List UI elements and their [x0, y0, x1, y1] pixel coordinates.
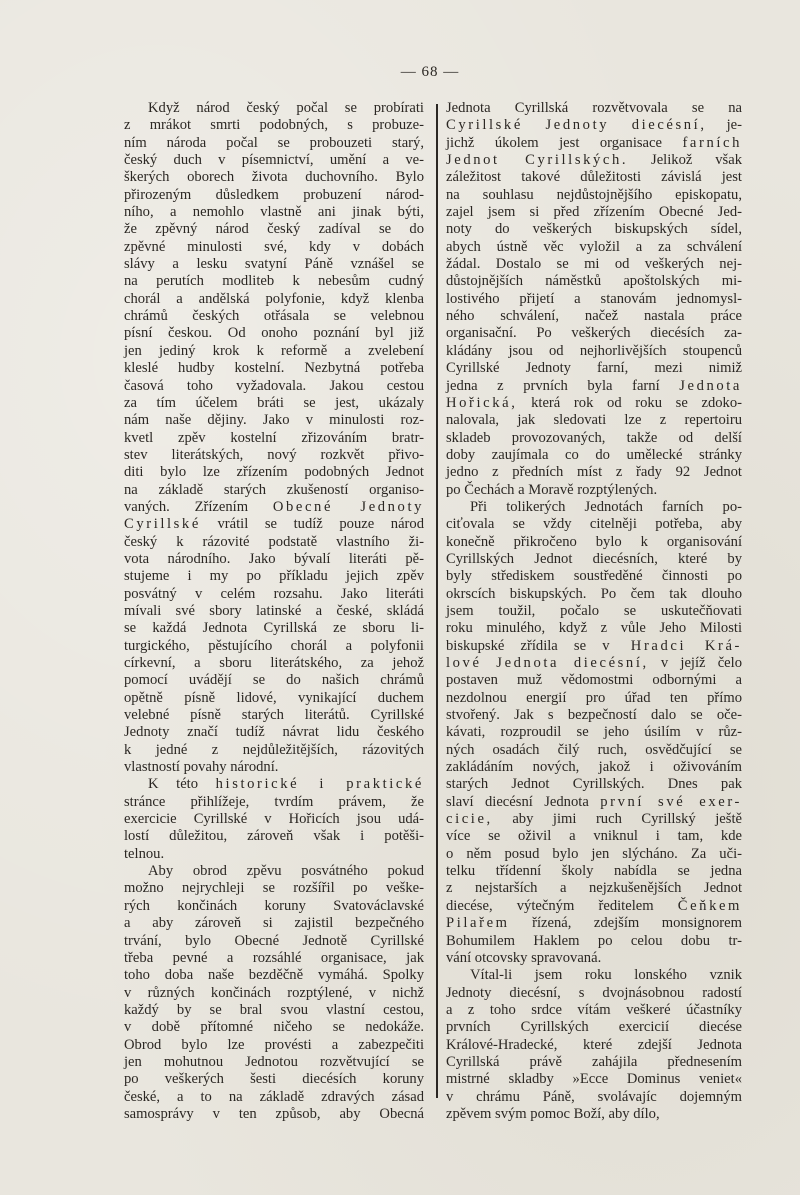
text-line: postaven muž vědomostmi odbornými a	[446, 672, 742, 689]
text-run: vaných. Zřízením	[124, 499, 273, 515]
text-line: Bohumilem Haklem po celou dobu tr-	[446, 933, 742, 950]
text-line: více se oživil a vniknul i tam, kde	[446, 828, 742, 845]
spaced-emphasis: Čeňkem	[678, 898, 742, 914]
text-line: diti bylo lze zřízením podobných Jednot	[124, 464, 424, 481]
text-line: biskupské zřídila se v Hradci Krá-	[446, 638, 742, 655]
text-line: nám naše dějiny. Jako v minulosti roz-	[124, 412, 424, 429]
text-line: zpěvem svým pomoc Boží, aby dílo,	[446, 1106, 742, 1123]
text-run: že zpěvný národ český zadíval se do	[124, 221, 424, 237]
text-line: na souhlasu nejdůstojnějšího episkopatu,	[446, 187, 742, 204]
text-run: aby jimi ruch Cyrillský ještě	[493, 811, 742, 827]
text-run: noty do veškerých biskupských sídel,	[446, 221, 742, 237]
text-run: přirozeným důsledkem probuzení národ-	[124, 187, 424, 203]
text-run: telnou.	[124, 846, 164, 862]
text-run: ního, a nemohlo vlastně ani jinak býti,	[124, 204, 424, 220]
text-run: skladeb provozovaných, takže od delší	[446, 430, 742, 446]
text-line: kvetl zpěv kostelní zřizováním bratr-	[124, 430, 424, 447]
column-divider-rule	[436, 104, 438, 1098]
spaced-emphasis: historické i praktické	[216, 776, 424, 792]
text-run: Cyrillských Jednot diecésních, které by	[446, 551, 742, 567]
text-line: zajel jsem si před zřízením Obecné Jed-	[446, 204, 742, 221]
spaced-emphasis: Jednot Cyrillských.	[446, 152, 628, 168]
text-run: český k rázovité podstatě vlastního ži-	[124, 534, 424, 550]
text-line: církevní, a sboru literátského, za jehož	[124, 655, 424, 672]
text-line: Aby obrod zpěvu posvátného pokud	[124, 863, 424, 880]
text-line: Cyrillské Jednoty diecésní, je-	[446, 117, 742, 134]
text-run: žádal. Dostalo se mi od veškerých nej-	[446, 256, 742, 272]
text-run: z nejstarších a nejzkušenějších Jednot	[446, 880, 742, 896]
text-line: Hořická, která rok od roku se zdoko-	[446, 395, 742, 412]
text-line: jsem toužil, počalo se uskutečňovati	[446, 603, 742, 620]
text-line: po Čechách a Moravě rozptýlených.	[446, 482, 742, 499]
text-run: velebné písně starých literátů. Cyrillsk…	[124, 707, 424, 723]
text-line: chorál a andělská polyfonie, když klenba	[124, 291, 424, 308]
text-run: je-	[707, 117, 742, 133]
text-line: starých Jednot Cyrillských. Dnes pak	[446, 776, 742, 793]
text-run: slaví diecésní Jednota	[446, 794, 600, 810]
text-run: vota národního. Jako bývalí literáti pě-	[124, 551, 424, 567]
text-run: jedno z předních míst z řady 92 Jednot	[446, 464, 742, 480]
text-line: posvátný v celém rozsahu. Jako literáti	[124, 586, 424, 603]
text-run: telku třídenní školy nabídla se jedna	[446, 863, 742, 879]
text-run: z mrákot smrti podobných, s probuze-	[124, 117, 424, 133]
text-line: na základě starých zkušeností organiso-	[124, 482, 424, 499]
text-run: starých Jednot Cyrillských. Dnes pak	[446, 776, 742, 792]
text-line: záležitost takové důležitosti závislá je…	[446, 169, 742, 186]
text-run: Cyrillské Jednoty farní, mezi nimiž	[446, 360, 742, 376]
text-run: diti bylo lze zřízením podobných Jednot	[124, 464, 424, 480]
text-run: roku minulého, když z vůle Jeho Milosti	[446, 620, 742, 636]
spaced-emphasis: Jednota	[679, 378, 742, 394]
text-run: mívali své sbory latinské a české, sklád…	[124, 603, 424, 619]
text-run: jichž úkolem jest organisace	[446, 135, 682, 151]
text-run: ného schválení, načež nastala práce	[446, 308, 742, 324]
text-line: jen jediný krok k reformě a zvelebení	[124, 343, 424, 360]
text-run: na perutích modliteb k nebesům cudný	[124, 273, 424, 289]
text-run: toho doba naše bezděčně vymáhá. Spolky	[124, 967, 424, 983]
text-line: časová toho vyžadovala. Jakou cestou	[124, 378, 424, 395]
spaced-emphasis: Cyrillské	[124, 516, 201, 532]
text-line: jedna z prvních byla farní Jednota	[446, 378, 742, 395]
text-line: Když národ český počal se probírati	[124, 100, 424, 117]
text-line: chrámů českých otřásala se velebnou	[124, 308, 424, 325]
text-line: slaví diecésní Jednota první své exer-	[446, 794, 742, 811]
text-run: Jednoty diecésní, s dvojnásobnou radostí	[446, 985, 742, 1001]
text-line: Králové-Hradecké, které zdejší Jednota	[446, 1037, 742, 1054]
text-line: organisační. Po veškerých diecésích za-	[446, 325, 742, 342]
text-run: Aby obrod zpěvu posvátného pokud	[148, 863, 424, 879]
text-run: Jednota Cyrillská rozvětvovala se na	[446, 100, 742, 116]
text-line: zakládáním nových, jakož i oživováním	[446, 759, 742, 776]
left-column: Když národ český počal se probíratiz mrá…	[124, 100, 424, 1123]
text-line: zpěvné minulosti své, kdy v dobách	[124, 239, 424, 256]
text-line: Jednoty diecésní, s dvojnásobnou radostí	[446, 985, 742, 1002]
text-line: žádal. Dostalo se mi od veškerých nej-	[446, 256, 742, 273]
text-run: možno nejrychleji se rozšířil po veške-	[124, 880, 424, 896]
text-line: exercicie Cyrillské v Hořicích jsou udá-	[124, 811, 424, 828]
text-line: v různých končinách rozptýlené, v nichž	[124, 985, 424, 1002]
text-line: lové Jednota diecésní, v jejíž čelo	[446, 655, 742, 672]
text-line: za tím účelem bráti se jest, ukázaly	[124, 395, 424, 412]
text-run: Králové-Hradecké, které zdejší Jednota	[446, 1037, 742, 1053]
text-line: Obrod bylo lze provésti a zabezpečiti	[124, 1037, 424, 1054]
text-line: důstojnějších náměstků apoštolských mi-	[446, 273, 742, 290]
text-run: Vítal-li jsem roku lonského vznik	[470, 967, 742, 983]
text-run: Cyrillská právě zahájila přednesením	[446, 1054, 742, 1070]
text-line: noty do veškerých biskupských sídel,	[446, 221, 742, 238]
text-line: cicie, aby jimi ruch Cyrillský ještě	[446, 811, 742, 828]
text-line: český duch v písemnictví, umění a ve-	[124, 152, 424, 169]
spaced-emphasis: první své exer-	[600, 794, 742, 810]
text-line: možno nejrychleji se rozšířil po veške-	[124, 880, 424, 897]
text-line: nezdolnou energií pro úřad ten přímo	[446, 690, 742, 707]
text-line: ciťovala se vždy citelněji potřeba, aby	[446, 516, 742, 533]
text-line: každý by se bral svou vlastní cestou,	[124, 1002, 424, 1019]
text-run: český duch v písemnictví, umění a ve-	[124, 152, 424, 168]
text-run: chorál a andělská polyfonie, když klenba	[124, 291, 424, 307]
text-run: lostí důležitou, zároveň však i potěši-	[124, 828, 424, 844]
text-run: chrámů českých otřásala se velebnou	[124, 308, 424, 324]
text-line: po veškerých šesti diecésích koruny	[124, 1071, 424, 1088]
text-run: na souhlasu nejdůstojnějšího episkopatu,	[446, 187, 742, 203]
text-run: zajel jsem si před zřízením Obecné Jed-	[446, 204, 742, 220]
text-line: kleslé hudby kostelní. Nezbytná potřeba	[124, 360, 424, 377]
text-run: v chrámu Páně, svolávajíc dojemným	[446, 1089, 742, 1105]
text-run: Bohumilem Haklem po celou dobu tr-	[446, 933, 742, 949]
text-line: konečně přikročeno bylo k organisování	[446, 534, 742, 551]
text-line: mistrné skladby »Ecce Dominus veniet«	[446, 1071, 742, 1088]
text-run: kleslé hudby kostelní. Nezbytná potřeba	[124, 360, 424, 376]
text-line: ných osadách čilý ruch, osvědčující se	[446, 742, 742, 759]
text-line: doby zaujímala co do umělecké stránky	[446, 447, 742, 464]
text-line: jichž úkolem jest organisace farních	[446, 135, 742, 152]
text-run: která rok od roku se zdoko-	[517, 395, 742, 411]
text-run: okrscích biskupských. Po čem tak dlouho	[446, 586, 742, 602]
text-run: mistrné skladby »Ecce Dominus veniet«	[446, 1071, 742, 1087]
text-run: stvořený. Jak s bezpečností dalo se oče-	[446, 707, 742, 723]
text-run: v době přítomné ničeho se nedokáže.	[124, 1019, 424, 1035]
text-run: jedna z prvních byla farní	[446, 378, 679, 394]
text-line: kládány jsou od nejhorlivějších stoupenc…	[446, 343, 742, 360]
text-run: a aby zároveň si zajistil bezpečného	[124, 915, 424, 931]
text-line: Cyrillské Jednoty farní, mezi nimiž	[446, 360, 742, 377]
text-run: písní českou. Od onoho poznání byl již	[124, 325, 424, 341]
text-run: každý by se bral svou vlastní cestou,	[124, 1002, 424, 1018]
text-line: Cyrillských Jednot diecésních, které by	[446, 551, 742, 568]
spaced-emphasis: Cyrillské Jednoty diecésní,	[446, 117, 707, 133]
text-run: k jedné z nejdůležitějších, rázovitých	[124, 742, 424, 758]
text-line: roku minulého, když z vůle Jeho Milosti	[446, 620, 742, 637]
text-run: ciťovala se vždy citelněji potřeba, aby	[446, 516, 742, 532]
text-run: organisační. Po veškerých diecésích za-	[446, 325, 742, 341]
text-line: prvních Cyrillských exercicií diecése	[446, 1019, 742, 1036]
text-run: a z toho srdce vítám veškeré účastníky	[446, 1002, 742, 1018]
text-line: stvořený. Jak s bezpečností dalo se oče-	[446, 707, 742, 724]
text-run: Když národ český počal se probírati	[148, 100, 424, 116]
text-run: po veškerých šesti diecésích koruny	[124, 1071, 424, 1087]
text-line: pomocí uvádějí se do našich chrámů	[124, 672, 424, 689]
text-line: Cyrillské vrátil se tudíž pouze národ	[124, 516, 424, 533]
text-line: Cyrillská právě zahájila přednesením	[446, 1054, 742, 1071]
text-run: v jejíž čelo	[649, 655, 742, 671]
text-line: z nejstarších a nejzkušenějších Jednot	[446, 880, 742, 897]
text-line: škerých oborech života duchovního. Bylo	[124, 169, 424, 186]
text-run: pomocí uvádějí se do našich chrámů	[124, 672, 424, 688]
text-line: diecése, výtečným ředitelem Čeňkem	[446, 898, 742, 915]
text-line: lostí důležitou, zároveň však i potěši-	[124, 828, 424, 845]
text-line: vání otcovsky spravovaná.	[446, 950, 742, 967]
text-run: škerých oborech života duchovního. Bylo	[124, 169, 424, 185]
text-line: vota národního. Jako bývalí literáti pě-	[124, 551, 424, 568]
spaced-emphasis: farních	[682, 135, 742, 151]
text-run: zakládáním nových, jakož i oživováním	[446, 759, 742, 775]
text-run: nám naše dějiny. Jako v minulosti roz-	[124, 412, 424, 428]
text-run: doby zaujímala co do umělecké stránky	[446, 447, 742, 463]
text-run: kládány jsou od nejhorlivějších stoupenc…	[446, 343, 742, 359]
text-line: Pilařem řízená, zdejším monsignorem	[446, 915, 742, 932]
text-run: byly střediskem soustředěné činnosti po	[446, 568, 742, 584]
text-run: na základě starých zkušeností organiso-	[124, 482, 424, 498]
text-run: Při tolikerých Jednotách farních po-	[470, 499, 742, 515]
text-run: trvání, bylo Obecné Jednotě Cyrillské	[124, 933, 424, 949]
text-line: skladeb provozovaných, takže od delší	[446, 430, 742, 447]
text-run: vrátil se tudíž pouze národ	[201, 516, 424, 532]
text-run: Jednoty značí tudíž návrat lidu českého	[124, 724, 424, 740]
text-run: opětně písně lidové, vynikající duchem	[124, 690, 424, 706]
text-line: a aby zároveň si zajistil bezpečného	[124, 915, 424, 932]
text-line: že zpěvný národ český zadíval se do	[124, 221, 424, 238]
text-line: telku třídenní školy nabídla se jedna	[446, 863, 742, 880]
text-line: české, a to na základě zdravých zásad	[124, 1089, 424, 1106]
text-line: ního, a nemohlo vlastně ani jinak býti,	[124, 204, 424, 221]
text-run: církevní, a sboru literátského, za jehož	[124, 655, 424, 671]
text-run: za tím účelem bráti se jest, ukázaly	[124, 395, 424, 411]
text-line: z mrákot smrti podobných, s probuze-	[124, 117, 424, 134]
text-run: slávy a lesku svatyní Páně vznášel se	[124, 256, 424, 272]
text-line: třeba pevné a rozsáhlé organisace, jak	[124, 950, 424, 967]
text-line: Jednoty značí tudíž návrat lidu českého	[124, 724, 424, 741]
text-run: ním národa počal se probouzeti starý,	[124, 135, 424, 151]
text-run: samosprávy v ten způsob, aby Obecná	[124, 1106, 424, 1122]
text-run: diecése, výtečným ředitelem	[446, 898, 678, 914]
text-run: české, a to na základě zdravých zásad	[124, 1089, 424, 1105]
text-line: český k rázovité podstatě vlastního ži-	[124, 534, 424, 551]
text-run: jen jediný krok k reformě a zvelebení	[124, 343, 424, 359]
text-run: kávati, rozproudil se jeho úsilím v růz-	[446, 724, 742, 740]
text-line: jen mohutnou Jednotou rozvětvující se	[124, 1054, 424, 1071]
text-line: nalovala, jak sledovati lze z repertoiru	[446, 412, 742, 429]
text-run: stev literátských, nový rozkvět přivo-	[124, 447, 424, 463]
text-line: Jednot Cyrillských. Jelikož však	[446, 152, 742, 169]
text-line: ného schválení, načež nastala práce	[446, 308, 742, 325]
text-line: velebné písně starých literátů. Cyrillsk…	[124, 707, 424, 724]
text-run: lostivého přijetí a stanovám jednomysl-	[446, 291, 742, 307]
text-line: K této historické i praktické	[124, 776, 424, 793]
text-line: byly střediskem soustředěné činnosti po	[446, 568, 742, 585]
text-line: mívali své sbory latinské a české, sklád…	[124, 603, 424, 620]
text-line: toho doba naše bezděčně vymáhá. Spolky	[124, 967, 424, 984]
text-line: ním národa počal se probouzeti starý,	[124, 135, 424, 152]
text-run: jen mohutnou Jednotou rozvětvující se	[124, 1054, 424, 1070]
text-run: nezdolnou energií pro úřad ten přímo	[446, 690, 742, 706]
text-line: a z toho srdce vítám veškeré účastníky	[446, 1002, 742, 1019]
text-run: prvních Cyrillských exercicií diecése	[446, 1019, 742, 1035]
text-line: trvání, bylo Obecné Jednotě Cyrillské	[124, 933, 424, 950]
text-line: rých končinách koruny Svatováclavské	[124, 898, 424, 915]
text-line: vlastností povahy národní.	[124, 759, 424, 776]
text-run: více se oživil a vniknul i tam, kde	[446, 828, 742, 844]
text-line: stev literátských, nový rozkvět přivo-	[124, 447, 424, 464]
text-line: písní českou. Od onoho poznání byl již	[124, 325, 424, 342]
text-line: opětně písně lidové, vynikající duchem	[124, 690, 424, 707]
text-line: kávati, rozproudil se jeho úsilím v růz-	[446, 724, 742, 741]
text-line: stránce přihlížeje, tvrdím právem, že	[124, 794, 424, 811]
text-run: třeba pevné a rozsáhlé organisace, jak	[124, 950, 424, 966]
text-line: slávy a lesku svatyní Páně vznášel se	[124, 256, 424, 273]
text-run: zpěvem svým pomoc Boží, aby dílo,	[446, 1106, 660, 1122]
text-run: exercicie Cyrillské v Hořicích jsou udá-	[124, 811, 424, 827]
text-line: abych ústně věc vyložil a za schválení	[446, 239, 742, 256]
text-run: rých končinách koruny Svatováclavské	[124, 898, 424, 914]
text-line: stujeme i my po příkladu jejich zpěv	[124, 568, 424, 585]
text-run: vlastností povahy národní.	[124, 759, 278, 775]
text-run: nalovala, jak sledovati lze z repertoiru	[446, 412, 742, 428]
text-run: kvetl zpěv kostelní zřizováním bratr-	[124, 430, 424, 446]
text-line: turgického, pěstujícího chorál a polyfon…	[124, 638, 424, 655]
text-run: záležitost takové důležitosti závislá je…	[446, 169, 742, 185]
page-number: — 68 —	[0, 64, 800, 81]
text-run: stujeme i my po příkladu jejich zpěv	[124, 568, 424, 584]
text-line: o něm posud bylo jen slýcháno. Za uči-	[446, 846, 742, 863]
text-line: jedno z předních míst z řady 92 Jednot	[446, 464, 742, 481]
text-run: Obrod bylo lze provésti a zabezpečiti	[124, 1037, 424, 1053]
text-run: po Čechách a Moravě rozptýlených.	[446, 482, 657, 498]
text-run: zpěvné minulosti své, kdy v dobách	[124, 239, 424, 255]
text-run: ných osadách čilý ruch, osvědčující se	[446, 742, 742, 758]
text-run: o něm posud bylo jen slýcháno. Za uči-	[446, 846, 742, 862]
text-run: stránce přihlížeje, tvrdím právem, že	[124, 794, 424, 810]
text-run: turgického, pěstujícího chorál a polyfon…	[124, 638, 424, 654]
text-line: v době přítomné ničeho se nedokáže.	[124, 1019, 424, 1036]
spaced-emphasis: v Hradci Krá-	[602, 638, 742, 654]
text-run: v různých končinách rozptýlené, v nichž	[124, 985, 424, 1001]
text-line: se každá Jednota Cyrillská ze sboru li-	[124, 620, 424, 637]
text-line: Vítal-li jsem roku lonského vznik	[446, 967, 742, 984]
text-run: Jelikož však	[628, 152, 742, 168]
text-line: na perutích modliteb k nebesům cudný	[124, 273, 424, 290]
text-run: biskupské zřídila se	[446, 638, 602, 654]
right-column: Jednota Cyrillská rozvětvovala se naCyri…	[446, 100, 742, 1123]
text-run: důstojnějších náměstků apoštolských mi-	[446, 273, 742, 289]
text-line: k jedné z nejdůležitějších, rázovitých	[124, 742, 424, 759]
text-line: v chrámu Páně, svolávajíc dojemným	[446, 1089, 742, 1106]
text-run: vání otcovsky spravovaná.	[446, 950, 601, 966]
spaced-emphasis: cicie,	[446, 811, 493, 827]
text-run: časová toho vyžadovala. Jakou cestou	[124, 378, 424, 394]
text-line: vaných. Zřízením Obecné Jednoty	[124, 499, 424, 516]
text-line: samosprávy v ten způsob, aby Obecná	[124, 1106, 424, 1123]
text-run: abych ústně věc vyložil a za schválení	[446, 239, 742, 255]
text-run: postaven muž vědomostmi odbornými a	[446, 672, 742, 688]
text-line: lostivého přijetí a stanovám jednomysl-	[446, 291, 742, 308]
spaced-emphasis: Pilařem	[446, 915, 510, 931]
spaced-emphasis: Hořická,	[446, 395, 517, 411]
text-line: telnou.	[124, 846, 424, 863]
text-run: jsem toužil, počalo se uskutečňovati	[446, 603, 742, 619]
text-line: Jednota Cyrillská rozvětvovala se na	[446, 100, 742, 117]
text-run: K této	[148, 776, 216, 792]
text-run: řízená, zdejším monsignorem	[510, 915, 742, 931]
text-line: okrscích biskupských. Po čem tak dlouho	[446, 586, 742, 603]
text-run: se každá Jednota Cyrillská ze sboru li-	[124, 620, 424, 636]
spaced-emphasis: lové Jednota diecésní,	[446, 655, 649, 671]
spaced-emphasis: Obecné Jednoty	[273, 499, 424, 515]
text-run: konečně přikročeno bylo k organisování	[446, 534, 742, 550]
text-line: přirozeným důsledkem probuzení národ-	[124, 187, 424, 204]
text-run: posvátný v celém rozsahu. Jako literáti	[124, 586, 424, 602]
text-line: Při tolikerých Jednotách farních po-	[446, 499, 742, 516]
